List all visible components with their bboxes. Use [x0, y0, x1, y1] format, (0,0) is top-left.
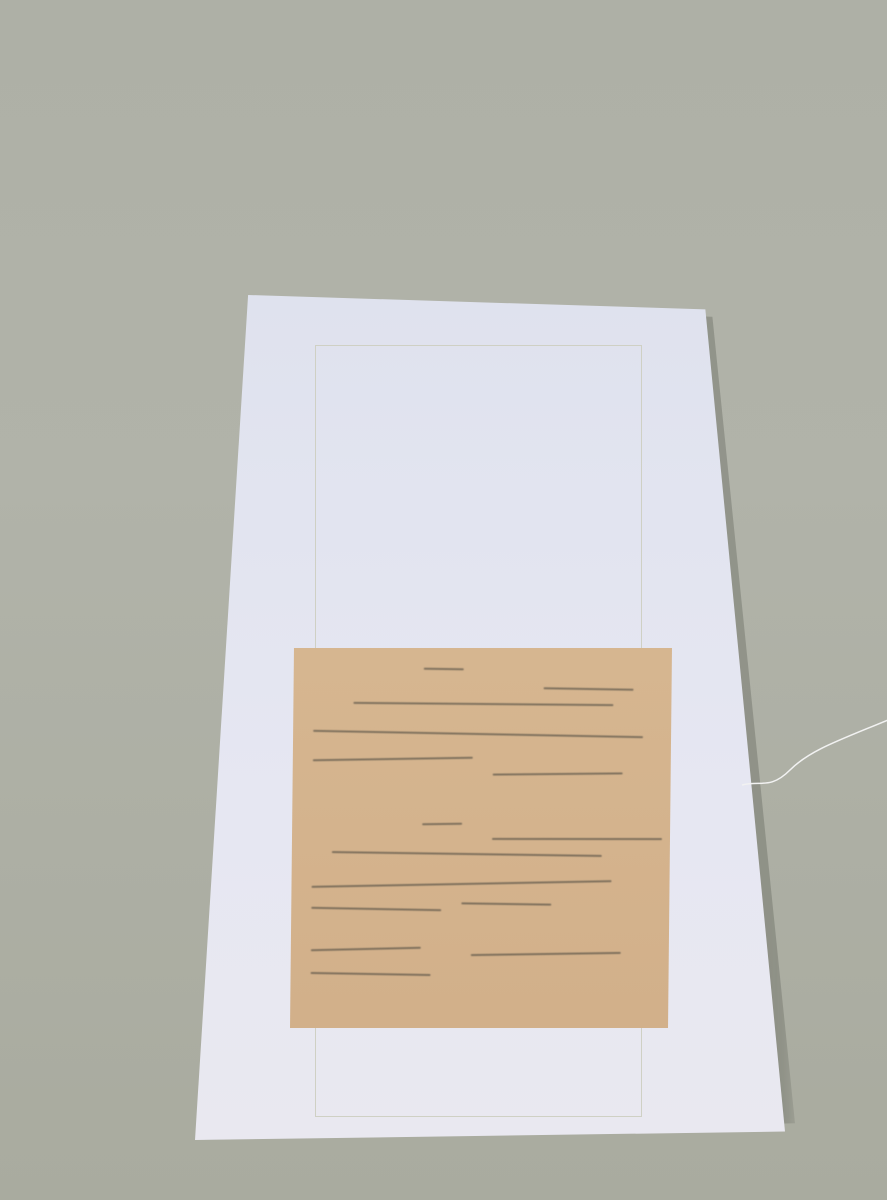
- script-stroke: [311, 907, 441, 911]
- script-stroke: [353, 702, 613, 706]
- script-stroke: [544, 687, 634, 691]
- script-stroke: [493, 772, 623, 775]
- script-stroke: [461, 902, 551, 905]
- script-stroke: [492, 838, 662, 840]
- script-stroke: [422, 823, 462, 826]
- loose-thread: [740, 700, 887, 810]
- script-stroke: [312, 880, 612, 888]
- script-stroke: [471, 952, 621, 956]
- script-stroke: [332, 851, 602, 857]
- script-stroke: [313, 757, 473, 762]
- script-stroke: [311, 947, 421, 951]
- script-stroke: [424, 668, 464, 671]
- script-patch: [290, 648, 672, 1028]
- script-stroke: [311, 972, 431, 976]
- script-stroke: [313, 730, 643, 738]
